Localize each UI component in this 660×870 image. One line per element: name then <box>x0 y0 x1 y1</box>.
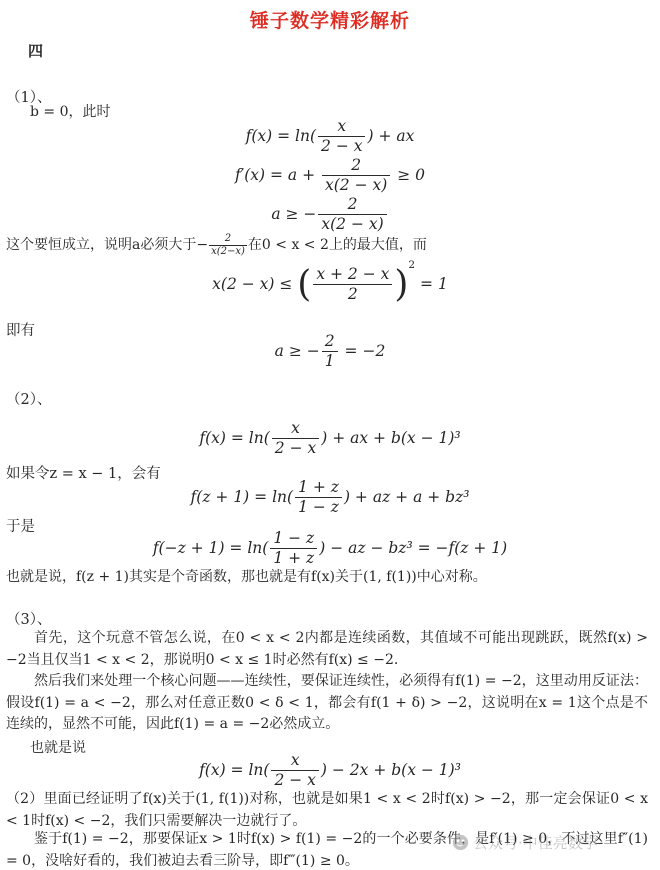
fraction-denominator: x(2 − x) <box>322 176 390 194</box>
formula-text: = −2 <box>340 342 386 360</box>
formula-text: f′(x) = a + <box>235 166 320 184</box>
fraction-numerator: x <box>318 118 365 137</box>
paragraph-max-value: 这个要恒成立，说明a必须大于−2x(2−x)在0 < x < 2上的最大值，而 <box>6 233 648 257</box>
formula-text: f(x) = ln( <box>199 429 269 447</box>
formula-fz1: f(z + 1) = ln(1 + z1 − z) + az + a + bz³ <box>0 479 660 517</box>
fraction-denominator: 1 + z <box>270 549 317 567</box>
paragraph-text: 在0 < x < 2上的最大值，而 <box>248 237 427 253</box>
fraction-denominator: 2 <box>313 285 392 303</box>
big-right-paren: ) <box>394 264 408 305</box>
fraction-numerator: x <box>271 752 318 771</box>
formula-text: f(x) = ln( <box>199 761 269 779</box>
formula-text: ) + az + a + bz³ <box>344 488 470 506</box>
exponent: 2 <box>408 259 415 271</box>
formula-text: ) + ax + b(x − 1)³ <box>321 429 460 447</box>
fraction-numerator: 2 <box>318 196 386 215</box>
fraction-denominator: x(2−x) <box>209 246 247 258</box>
part3-paragraph-continuity1: 首先，这个玩意不管怎么说，在0 < x < 2内都是连续函数，其值域不可能出现跳… <box>6 628 648 671</box>
formula-text: x(2 − x) ≤ <box>212 275 297 293</box>
formula-text: f(x) = ln( <box>246 127 316 145</box>
fraction: 2x(2 − x) <box>322 157 390 195</box>
fraction: 21 <box>322 333 338 371</box>
fraction: x2 − x <box>318 118 365 156</box>
fraction-numerator: 2 <box>322 333 338 352</box>
formula-text: ) − az − bz³ = −f(z + 1) <box>319 539 507 557</box>
formula-fx-final: f(x) = ln(x2 − x) − 2x + b(x − 1)³ <box>0 752 660 790</box>
formula-text: a ≥ − <box>271 205 316 223</box>
fraction-denominator: x(2 − x) <box>318 215 386 233</box>
fraction-numerator: x <box>272 420 319 439</box>
fraction-numerator: x + 2 − x <box>313 266 392 285</box>
fraction-denominator: 2 − x <box>271 771 318 789</box>
fraction-denominator: 2 − x <box>318 137 365 155</box>
fraction-numerator: 1 − z <box>270 530 317 549</box>
formula-fx-definition: f(x) = ln(x2 − x) + ax <box>0 118 660 156</box>
fraction: x + 2 − x2 <box>313 266 392 304</box>
section-number: 四 <box>28 40 43 61</box>
part2-conclusion: 也就是说，f(z + 1)其实是个奇函数，那也就是有f(x)关于(1, f(1)… <box>6 567 648 589</box>
part3-paragraph-continuity2: 然后我们来处理一个核心问题——连续性，要保证连续性，必须得有f(1) = −2，… <box>6 671 648 736</box>
fraction-denominator: 2 − x <box>272 439 319 457</box>
formula-odd-symmetry: f(−z + 1) = ln(1 − z1 + z) − az − bz³ = … <box>0 530 660 568</box>
part3-paragraph-third-derivative: 鉴于f(1) = −2，那要保证x > 1时f(x) > f(1) = −2的一… <box>6 829 648 870</box>
fraction-numerator: 2 <box>322 157 390 176</box>
formula-a-bound: a ≥ −2x(2 − x) <box>0 196 660 234</box>
formula-derivative: f′(x) = a + 2x(2 − x) ≥ 0 <box>0 157 660 195</box>
formula-amgm: x(2 − x) ≤ (x + 2 − x2)2 = 1 <box>0 266 660 304</box>
formula-text: ) + ax <box>367 127 414 145</box>
fraction-numerator: 1 + z <box>295 479 342 498</box>
fraction: x2 − x <box>271 752 318 790</box>
formula-text: f(−z + 1) = ln( <box>153 539 269 557</box>
formula-text: ) − 2x + b(x − 1)³ <box>321 761 461 779</box>
formula-text: = 1 <box>415 275 448 293</box>
fraction: 1 + z1 − z <box>295 479 342 517</box>
fraction-denominator: 1 − z <box>295 498 342 516</box>
big-left-paren: ( <box>297 264 311 305</box>
fraction: 2x(2 − x) <box>318 196 386 234</box>
formula-text: f(z + 1) = ln( <box>191 488 294 506</box>
formula-text: ≥ 0 <box>392 166 425 184</box>
part3-paragraph-symmetry: （2）里面已经证明了f(x)关于(1, f(1))对称，也就是如果1 < x <… <box>6 789 648 832</box>
fraction-numerator: 2 <box>209 233 247 246</box>
fraction-denominator: 1 <box>322 352 338 370</box>
part2-heading: （2）、 <box>6 388 51 409</box>
formula-text: a ≥ − <box>275 342 320 360</box>
formula-a-result: a ≥ −21 = −2 <box>0 333 660 371</box>
paragraph-text: 这个要恒成立，说明a必须大于− <box>6 237 208 253</box>
part3-heading: （3）、 <box>6 608 51 629</box>
inline-fraction: 2x(2−x) <box>209 233 247 257</box>
fraction: x2 − x <box>272 420 319 458</box>
doc-title: 锤子数学精彩解析 <box>0 6 660 33</box>
fraction: 1 − z1 + z <box>270 530 317 568</box>
formula-fx-full: f(x) = ln(x2 − x) + ax + b(x − 1)³ <box>0 420 660 458</box>
